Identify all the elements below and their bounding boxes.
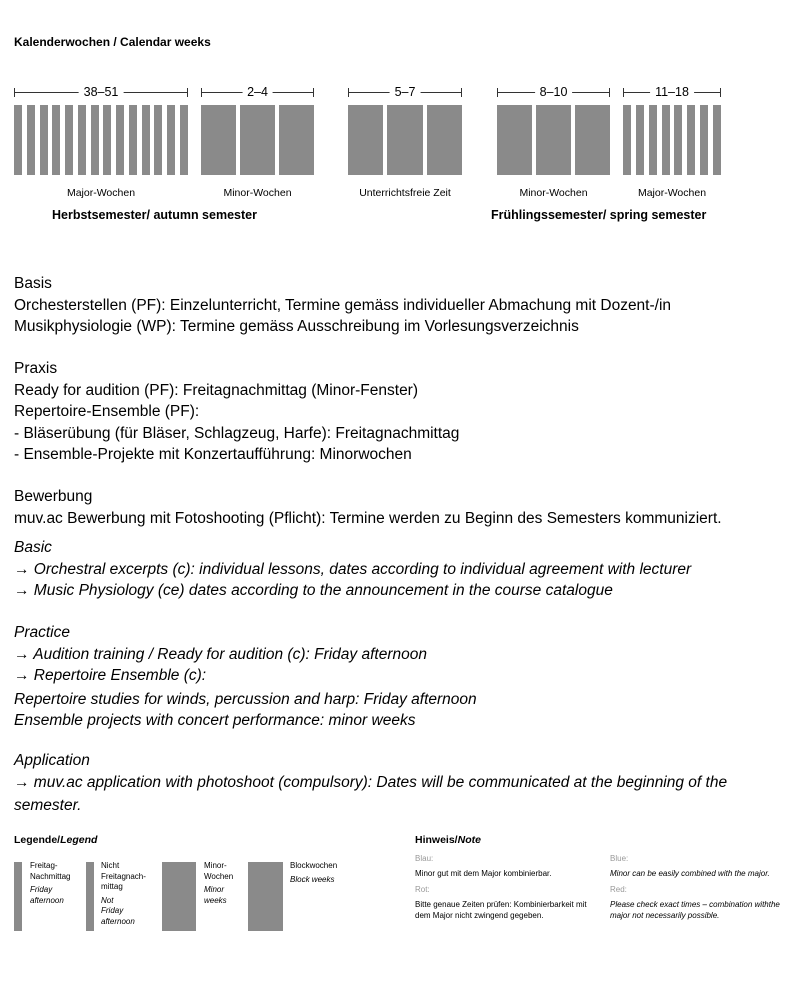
application-line: semester. — [14, 795, 727, 817]
praxis-line: Repertoire-Ensemble (PF): — [14, 401, 459, 423]
week-bar — [167, 105, 175, 175]
bewerbung-section: Bewerbung muv.ac Bewerbung mit Fotoshoot… — [14, 486, 722, 529]
week-bar — [52, 105, 60, 175]
practice-heading: Practice — [14, 622, 477, 644]
legend-label-en: Fridayafternoon — [30, 885, 70, 906]
application-heading: Application — [14, 750, 727, 772]
basis-section: Basis Orchesterstellen (PF): Einzelunter… — [14, 273, 671, 338]
week-bar — [700, 105, 708, 175]
week-bar — [154, 105, 162, 175]
week-bar — [687, 105, 695, 175]
week-range-label: 5–7 — [390, 85, 421, 99]
week-range-bracket: 11–18 — [623, 87, 721, 98]
praxis-heading: Praxis — [14, 358, 459, 380]
page-title: Kalenderwochen / Calendar weeks — [14, 35, 211, 49]
legend-label-en: Minorweeks — [204, 885, 233, 906]
week-bar — [649, 105, 657, 175]
spring-semester-label: Frühlingssemester/ spring semester — [491, 208, 706, 222]
week-bar — [40, 105, 48, 175]
week-bar — [27, 105, 35, 175]
week-bar — [91, 105, 99, 175]
week-bar — [536, 105, 571, 175]
bewerbung-heading: Bewerbung — [14, 486, 722, 508]
praxis-section: Praxis Ready for audition (PF): Freitagn… — [14, 358, 459, 466]
week-bar — [103, 105, 111, 175]
week-bar — [662, 105, 670, 175]
basic-section: Basic → Orchestral excerpts (c): individ… — [14, 537, 691, 602]
legend-item-minor: Minor-Wochen Minorweeks — [204, 861, 233, 906]
praxis-line: Ready for audition (PF): Freitagnachmitt… — [14, 380, 459, 402]
legend-title: Legende/Legend — [14, 834, 97, 846]
week-bar — [65, 105, 73, 175]
note-blue-de: Minor gut mit dem Major kombinierbar. — [415, 868, 595, 879]
bewerbung-line: muv.ac Bewerbung mit Fotoshooting (Pflic… — [14, 508, 722, 530]
application-section: Application → muv.ac application with ph… — [14, 750, 727, 817]
week-range-bracket: 5–7 — [348, 87, 462, 98]
basic-line: → Music Physiology (ce) dates according … — [14, 580, 691, 602]
note-red-de: Bitte genaue Zeiten prüfen: Kombinierbar… — [415, 899, 595, 921]
basic-line: → Orchestral excerpts (c): individual le… — [14, 559, 691, 581]
practice-line: Ensemble projects with concert performan… — [14, 710, 477, 732]
week-bar — [279, 105, 314, 175]
legend-item-friday: Freitag-Nachmittag Fridayafternoon — [30, 861, 70, 906]
note-key-blue-en: Blue: — [610, 854, 628, 863]
week-bar — [14, 105, 22, 175]
week-range-bracket: 8–10 — [497, 87, 610, 98]
week-bar — [713, 105, 721, 175]
practice-line: → Repertoire Ensemble (c): — [14, 665, 477, 687]
week-bar — [201, 105, 236, 175]
week-bar — [623, 105, 631, 175]
note-title: Hinweis/Note — [415, 834, 481, 846]
segment-label: Minor-Wochen — [497, 187, 610, 199]
basic-heading: Basic — [14, 537, 691, 559]
note-red-en: Please check exact times – combination w… — [610, 899, 790, 921]
legend-label-de: Freitag-Nachmittag — [30, 861, 70, 882]
week-range-label: 11–18 — [650, 85, 694, 99]
practice-section: Practice → Audition training / Ready for… — [14, 622, 477, 732]
basis-line: Musikphysiologie (WP): Termine gemäss Au… — [14, 316, 671, 338]
legend-swatch-minor — [162, 862, 196, 931]
week-range-label: 38–51 — [79, 85, 124, 99]
note-key-blue-de: Blau: — [415, 854, 433, 863]
note-key-red-en: Red: — [610, 885, 627, 894]
autumn-semester-label: Herbstsemester/ autumn semester — [52, 208, 257, 222]
week-range-bracket: 2–4 — [201, 87, 314, 98]
week-bar — [240, 105, 275, 175]
legend-item-not-friday: NichtFreitagnach-mittag NotFridayafterno… — [101, 861, 146, 927]
week-bar — [427, 105, 462, 175]
week-bar — [348, 105, 383, 175]
week-bar — [116, 105, 124, 175]
note-blue-en: Minor can be easily combined with the ma… — [610, 868, 795, 879]
legend-label-de: Minor-Wochen — [204, 861, 233, 882]
segment-label: Unterrichtsfreie Zeit — [348, 187, 462, 199]
week-bar — [674, 105, 682, 175]
legend-swatch-friday — [14, 862, 22, 931]
legend-swatch-not-friday — [86, 862, 94, 931]
legend-label-en: Block weeks — [290, 875, 337, 886]
week-bar — [497, 105, 532, 175]
week-range-label: 8–10 — [535, 85, 573, 99]
basis-heading: Basis — [14, 273, 671, 295]
week-range-bracket: 38–51 — [14, 87, 188, 98]
legend-label-de: Blockwochen — [290, 861, 337, 872]
segment-label: Major-Wochen — [14, 187, 188, 199]
week-bar — [575, 105, 610, 175]
praxis-line: - Ensemble-Projekte mit Konzertaufführun… — [14, 444, 459, 466]
week-bar — [180, 105, 188, 175]
week-bar — [636, 105, 644, 175]
application-line: → muv.ac application with photoshoot (co… — [14, 772, 727, 794]
week-bar — [387, 105, 422, 175]
legend-label-en: NotFridayafternoon — [101, 896, 146, 928]
practice-line: Repertoire studies for winds, percussion… — [14, 689, 477, 711]
week-bar — [78, 105, 86, 175]
basis-line: Orchesterstellen (PF): Einzelunterricht,… — [14, 295, 671, 317]
praxis-line: - Bläserübung (für Bläser, Schlagzeug, H… — [14, 423, 459, 445]
week-bar — [142, 105, 150, 175]
week-range-label: 2–4 — [242, 85, 273, 99]
segment-label: Minor-Wochen — [201, 187, 314, 199]
legend-swatch-block — [248, 862, 283, 931]
week-bar — [129, 105, 137, 175]
legend-label-de: NichtFreitagnach-mittag — [101, 861, 146, 893]
segment-label: Major-Wochen — [623, 187, 721, 199]
legend-item-block: Blockwochen Block weeks — [290, 861, 337, 885]
practice-line: → Audition training / Ready for audition… — [14, 644, 477, 666]
note-key-red-de: Rot: — [415, 885, 430, 894]
